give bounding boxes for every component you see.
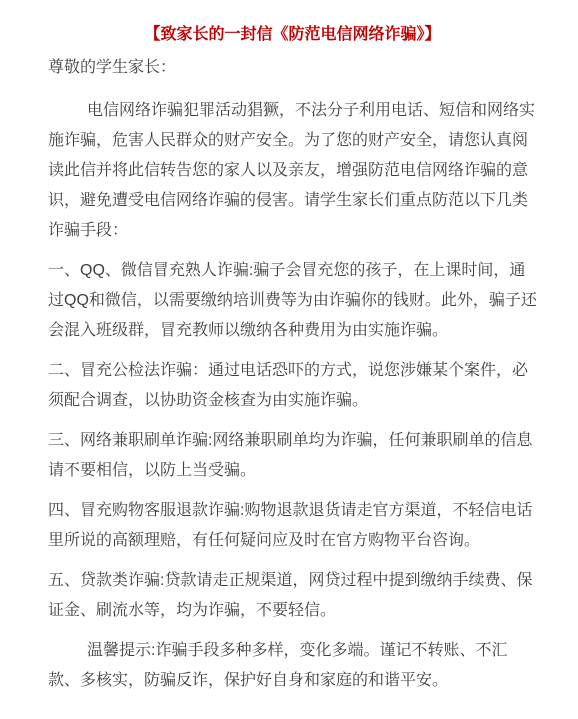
- paragraph-list: 电信网络诈骗犯罪活动猖獗，不法分子利用电话、短信和网络实施诈骗，危害人民群众的财…: [48, 96, 537, 696]
- paragraph: 二、冒充公检法诈骗：通过电话恐吓的方式，说您涉嫌某个案件，必须配合调查，以协助资…: [48, 356, 537, 416]
- salutation: 尊敬的学生家长：: [48, 53, 537, 83]
- paragraph: 一、QQ、微信冒充熟人诈骗:骗子会冒充您的孩子，在上课时间，通过QQ和微信，以需…: [48, 256, 537, 346]
- paragraph: 电信网络诈骗犯罪活动猖獗，不法分子利用电话、短信和网络实施诈骗，危害人民群众的财…: [48, 96, 537, 246]
- paragraph: 温馨提示:诈骗手段多种多样，变化多端。谨记不转账、不汇款、多核实，防骗反诈，保护…: [48, 636, 537, 696]
- paragraph: 五、贷款类诈骗:贷款请走正规渠道，网贷过程中提到缴纳手续费、保证金、刷流水等，均…: [48, 566, 537, 626]
- paragraph: 四、冒充购物客服退款诈骗:购物退款退货请走官方渠道，不轻信电话里所说的高额理赔，…: [48, 496, 537, 556]
- letter-document: 【致家长的一封信《防范电信网络诈骗》】 尊敬的学生家长： 电信网络诈骗犯罪活动猖…: [0, 0, 578, 719]
- paragraph: 三、网络兼职刷单诈骗:网络兼职刷单均为诈骗，任何兼职刷单的信息请不要相信，以防上…: [48, 426, 537, 486]
- document-title: 【致家长的一封信《防范电信网络诈骗》】: [48, 20, 537, 50]
